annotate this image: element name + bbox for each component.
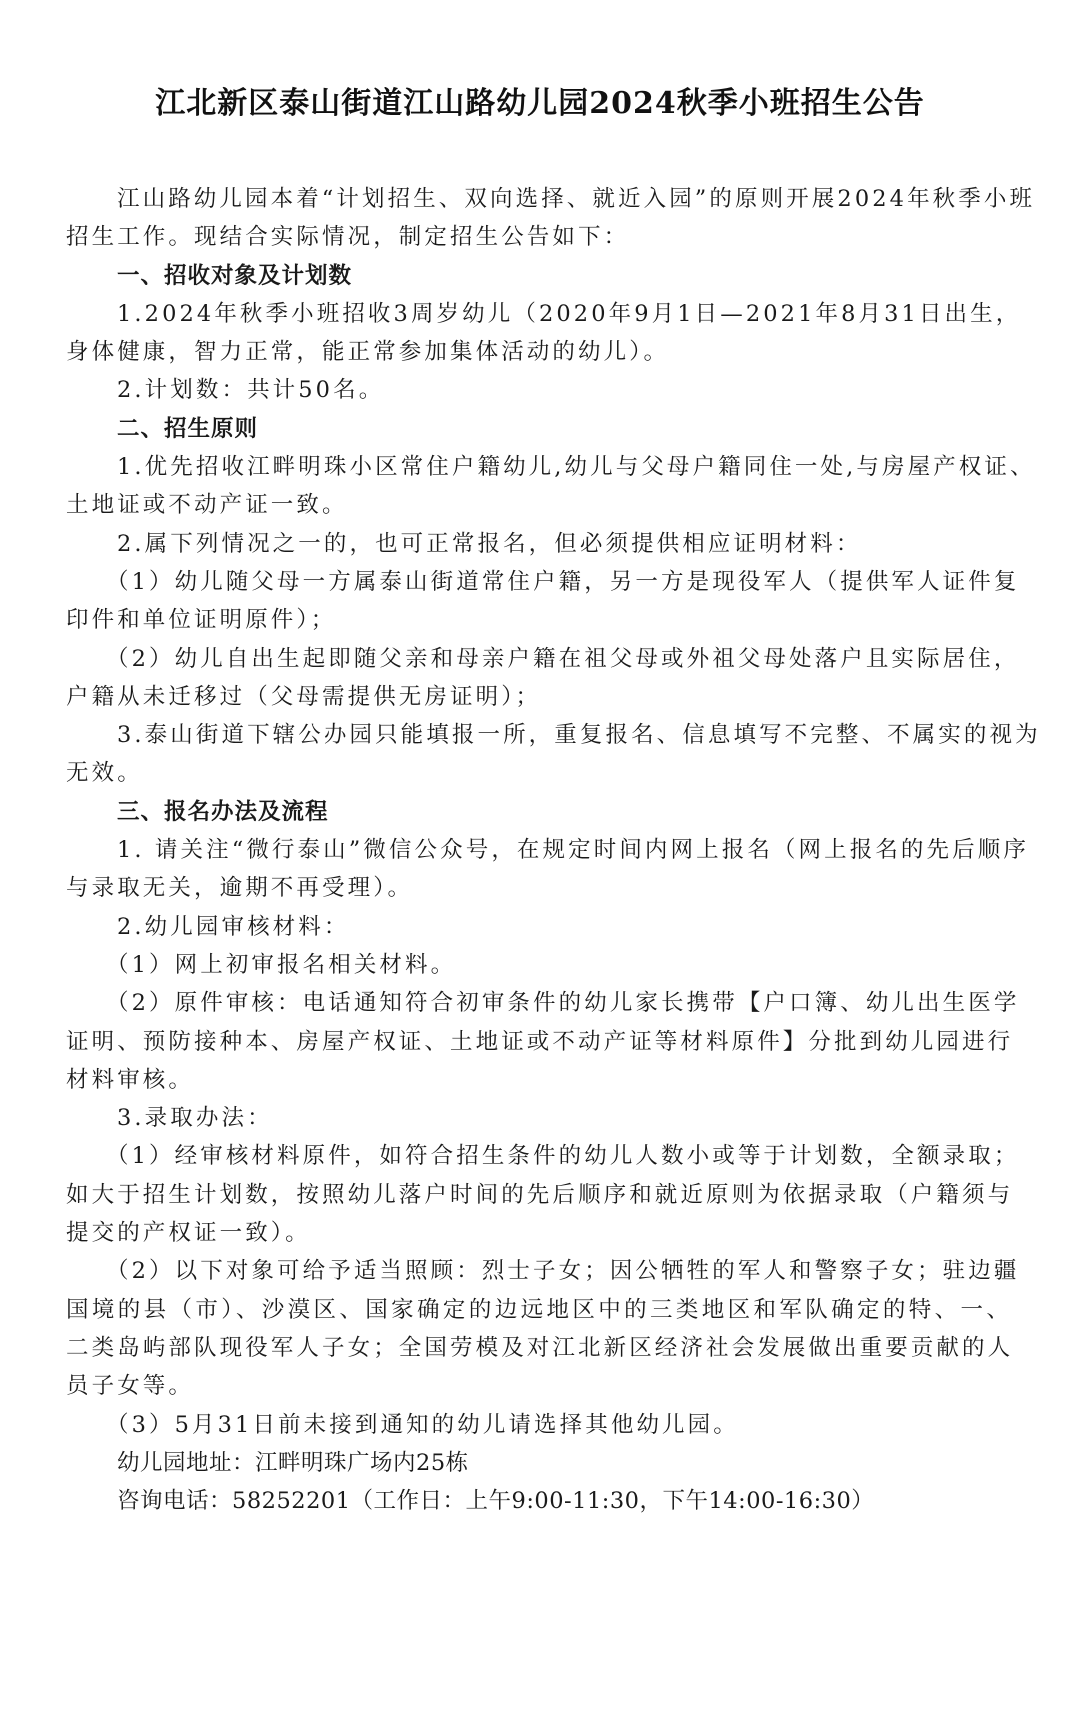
paragraph-line: 2.幼儿园审核材料：	[66, 908, 1012, 946]
contact-line: 咨询电话：58252201（工作日：上午9:00-11:30，下午14:00-1…	[66, 1482, 1012, 1520]
document-body: 江山路幼儿园本着“计划招生、双向选择、就近入园”的原则开展2024年秋季小班招生…	[66, 180, 1012, 1520]
sub-item-line: （3）5月31日前未接到通知的幼儿请选择其他幼儿园。	[66, 1406, 1012, 1444]
paragraph-line: 与录取无关，逾期不再受理）。	[66, 869, 1012, 907]
sub-item-line: （2）幼儿自出生起即随父亲和母亲户籍在祖父母或外祖父母处落户且实际居住，	[66, 640, 1012, 678]
paragraph-line: 3.泰山街道下辖公办园只能填报一所，重复报名、信息填写不完整、不属实的视为	[66, 716, 1012, 754]
section-heading: 二、招生原则	[66, 410, 1012, 448]
sub-item-line: （2）以下对象可给予适当照顾：烈士子女；因公牺牲的军人和警察子女；驻边疆	[66, 1252, 1012, 1290]
paragraph-line: 土地证或不动产证一致。	[66, 486, 1012, 524]
paragraph-line: 3.录取办法：	[66, 1099, 1012, 1137]
paragraph-line: 印件和单位证明原件）；	[66, 601, 1012, 639]
paragraph-line: 二类岛屿部队现役军人子女；全国劳模及对江北新区经济社会发展做出重要贡献的人	[66, 1329, 1012, 1367]
paragraph-line: 提交的产权证一致）。	[66, 1214, 1012, 1252]
sub-item-line: （1）经审核材料原件，如符合招生条件的幼儿人数小或等于计划数，全额录取；	[66, 1137, 1012, 1175]
paragraph-line: 无效。	[66, 754, 1012, 792]
paragraph-line: 员子女等。	[66, 1367, 1012, 1405]
paragraph-line: 1.2024年秋季小班招收3周岁幼儿（2020年9月1日—2021年8月31日出…	[66, 295, 1012, 333]
section-heading: 三、报名办法及流程	[66, 793, 1012, 831]
paragraph-line: 2.计划数：共计50名。	[66, 371, 1012, 409]
document-page: 江北新区泰山街道江山路幼儿园2024秋季小班招生公告 江山路幼儿园本着“计划招生…	[0, 0, 1080, 1725]
paragraph-line: 证明、预防接种本、房屋产权证、土地证或不动产证等材料原件】分批到幼儿园进行	[66, 1023, 1012, 1061]
paragraph-line: 国境的县（市）、沙漠区、国家确定的边远地区中的三类地区和军队确定的特、一、	[66, 1291, 1012, 1329]
paragraph-line: 如大于招生计划数，按照幼儿落户时间的先后顺序和就近原则为依据录取（户籍须与	[66, 1176, 1012, 1214]
paragraph-line: 1.优先招收江畔明珠小区常住户籍幼儿,幼儿与父母户籍同住一处,与房屋产权证、	[66, 448, 1012, 486]
paragraph-line: 1. 请关注“微行泰山”微信公众号，在规定时间内网上报名（网上报名的先后顺序	[66, 831, 1012, 869]
sub-item-line: （2）原件审核：电话通知符合初审条件的幼儿家长携带【户口簿、幼儿出生医学	[66, 984, 1012, 1022]
section-heading: 一、招收对象及计划数	[66, 257, 1012, 295]
paragraph-line: 身体健康，智力正常，能正常参加集体活动的幼儿）。	[66, 333, 1012, 371]
sub-item-line: （1）幼儿随父母一方属泰山街道常住户籍，另一方是现役军人（提供军人证件复	[66, 563, 1012, 601]
paragraph-line: 材料审核。	[66, 1061, 1012, 1099]
page-title: 江北新区泰山街道江山路幼儿园2024秋季小班招生公告	[0, 78, 1080, 122]
paragraph-line: 2.属下列情况之一的，也可正常报名，但必须提供相应证明材料：	[66, 525, 1012, 563]
paragraph-line: 江山路幼儿园本着“计划招生、双向选择、就近入园”的原则开展2024年秋季小班	[66, 180, 1012, 218]
paragraph-line: 招生工作。现结合实际情况，制定招生公告如下：	[66, 218, 1012, 256]
contact-line: 幼儿园地址：江畔明珠广场内25栋	[66, 1444, 1012, 1482]
paragraph-line: 户籍从未迁移过（父母需提供无房证明）；	[66, 678, 1012, 716]
sub-item-line: （1）网上初审报名相关材料。	[66, 946, 1012, 984]
